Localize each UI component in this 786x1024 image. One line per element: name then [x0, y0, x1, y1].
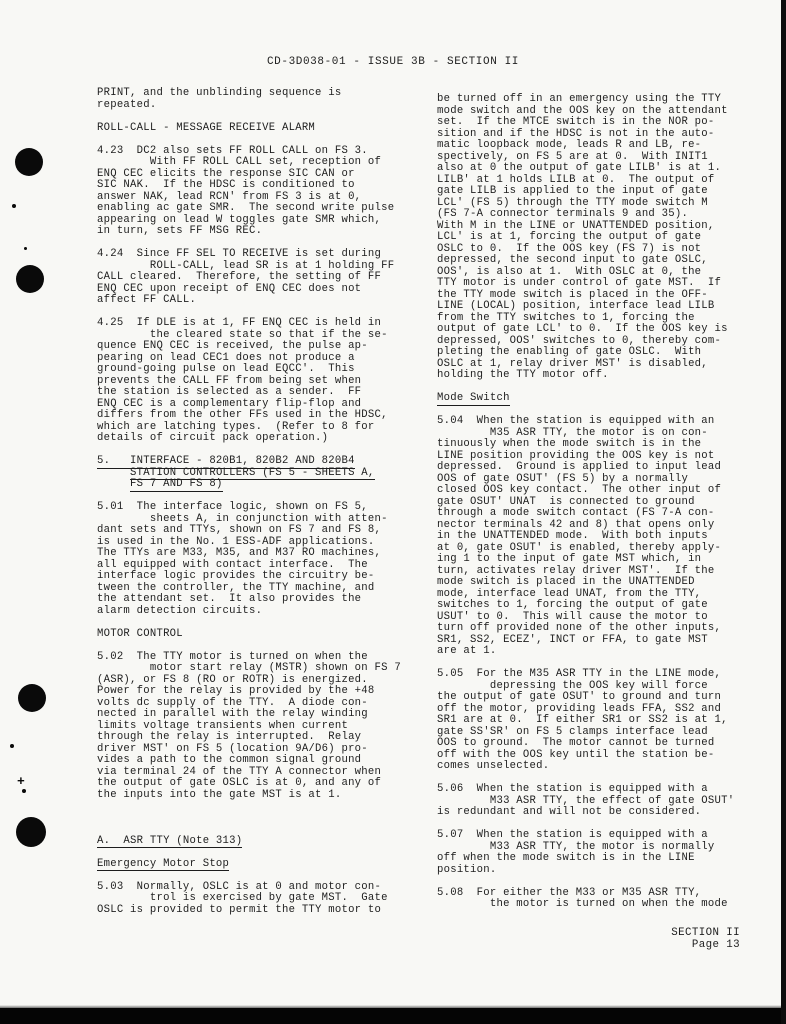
text-line: OSLC is provided to permit the TTY motor… [97, 905, 427, 917]
text-line: depressed. Ground is applied to input le… [437, 462, 767, 474]
text-line: quence ENQ CEC is received, the pulse ap… [97, 341, 427, 353]
punch-hole-mark [18, 684, 46, 712]
heading-line: FS 7 AND FS 8) [97, 479, 427, 491]
text-line: the output of gate OSUT' to ground and t… [437, 692, 767, 704]
text-line: (FS 7-A connector terminals 9 and 35). [437, 209, 767, 221]
text-line: differs from the other FFs used in the H… [97, 410, 427, 422]
text-line: mode switch is placed in the UNATTENDED [437, 577, 767, 589]
text-line: in turn, sets FF MSG REC. [97, 226, 427, 238]
text-line: Power for the relay is provided by the +… [97, 686, 427, 698]
text-line: interface logic provides the circuitry b… [97, 571, 427, 583]
scan-right-edge-bar [781, 0, 786, 1024]
text-line: position. [437, 865, 767, 877]
text-line [97, 134, 427, 146]
text-line: the output of gate OSLC is at 0, and any… [97, 778, 427, 790]
text-line: 4.24 Since FF SEL TO RECEIVE is set duri… [97, 249, 427, 261]
text-line: The TTYs are M33, M35, and M37 RO machin… [97, 548, 427, 560]
text-line: ing 1 to the input of gate MST which, in [437, 554, 767, 566]
text-line: 5.07 When the station is equipped with a [437, 830, 767, 842]
text-line: 4.25 If DLE is at 1, FF ENQ CEC is held … [97, 318, 427, 330]
punch-hole-mark [16, 265, 44, 293]
text-line: ground-going pulse on lead EQCC'. This [97, 364, 427, 376]
text-line: gate LILB is applied to the input of gat… [437, 186, 767, 198]
right-column: be turned off in an emergency using the … [437, 94, 767, 911]
text-line: PRINT, and the unblinding sequence is [97, 88, 427, 100]
text-line: holding the TTY motor off. [437, 370, 767, 382]
scan-bottom-bar [0, 1008, 786, 1024]
text-line: SIC NAK. If the HDSC is conditioned to [97, 180, 427, 192]
text-line: LCL' is at 1, forcing the output of gate [437, 232, 767, 244]
text-line: turn off provided none of the other inpu… [437, 623, 767, 635]
text-line: 5.01 The interface logic, shown on FS 5, [97, 502, 427, 514]
text-line [97, 617, 427, 629]
text-line: the inputs into the gate MST is at 1. [97, 790, 427, 802]
text-line [97, 801, 427, 813]
text-line: closed OOS key contact. The other input … [437, 485, 767, 497]
scan-speck [22, 789, 26, 793]
text-line [97, 111, 427, 123]
text-line: trol is exercised by gate MST. Gate [97, 893, 427, 905]
text-line: motor start relay (MSTR) shown on FS 7 [97, 663, 427, 675]
text-line [97, 824, 427, 836]
text-line: in the UNATTENDED mode. With both inputs [437, 531, 767, 543]
text-line: through a mode switch contact (FS 7-A co… [437, 508, 767, 520]
text-line: 5.04 When the station is equipped with a… [437, 416, 767, 428]
text-line: alarm detection circuits. [97, 606, 427, 618]
text-line: dant sets and TTYs, shown on FS 7 and FS… [97, 525, 427, 537]
page-footer: SECTION II Page 13 [671, 927, 740, 951]
text-line: LINE (LOCAL) position, interface lead LI… [437, 301, 767, 313]
text-line: nected in parallel with the relay windin… [97, 709, 427, 721]
text-line: the station is selected as a sender. FF [97, 387, 427, 399]
text-line: depressed, the second input to gate OSLC… [437, 255, 767, 267]
text-line: switches to 1, forcing the output of gat… [437, 600, 767, 612]
heading-line: Emergency Motor Stop [97, 859, 427, 871]
footer-page-number: Page 13 [671, 939, 740, 951]
text-line: CALL cleared. Therefore, the setting of … [97, 272, 427, 284]
text-line: output of gate LCL' to 0. If the OOS key… [437, 324, 767, 336]
text-line: be turned off in an emergency using the … [437, 94, 767, 106]
heading-line: 5. INTERFACE - 820B1, 820B2 AND 820B4 [97, 456, 427, 468]
document-page: CD-3D038-01 - ISSUE 3B - SECTION II PRIN… [0, 0, 786, 1024]
text-line: OOS to ground. The motor cannot be turne… [437, 738, 767, 750]
text-line: details of circuit pack operation.) [97, 433, 427, 445]
text-line: the attendant set. It also provides the [97, 594, 427, 606]
text-line: vides a path to the common signal ground [97, 755, 427, 767]
text-line: are at 1. [437, 646, 767, 658]
text-line: enabling ac gate SMR. The second write p… [97, 203, 427, 215]
text-line [97, 640, 427, 652]
text-line: is redundant and will not be considered. [437, 807, 767, 819]
punch-hole-mark [16, 817, 46, 847]
left-column: PRINT, and the unblinding sequence isrep… [97, 88, 427, 916]
text-line: 5.05 For the M35 ASR TTY in the LINE mod… [437, 669, 767, 681]
text-line: With FF ROLL CALL set, reception of [97, 157, 427, 169]
text-line: SR1 are at 0. If either SR1 or SS2 is at… [437, 715, 767, 727]
text-line: 5.06 When the station is equipped with a [437, 784, 767, 796]
text-line: tinuously when the mode switch is in the [437, 439, 767, 451]
text-line: pleting the enabling of gate OSLC. With [437, 347, 767, 359]
footer-section-label: SECTION II [671, 927, 740, 939]
margin-cross-mark: + [17, 774, 27, 790]
text-line [437, 876, 767, 888]
text-line: matic loopback mode, leads R and LB, re- [437, 140, 767, 152]
text-line: TTY motor is under control of gate MST. … [437, 278, 767, 290]
text-line: affect FF CALL. [97, 295, 427, 307]
scan-speck [10, 744, 14, 748]
text-line [97, 870, 427, 882]
page-header: CD-3D038-01 - ISSUE 3B - SECTION II [0, 56, 786, 68]
text-line [97, 813, 427, 825]
text-line: comes unselected. [437, 761, 767, 773]
punch-hole-mark [15, 148, 43, 176]
text-line: repeated. [97, 100, 427, 112]
text-line [97, 847, 427, 859]
text-line: also at 0 the output of gate LILB' is at… [437, 163, 767, 175]
heading-line: A. ASR TTY (Note 313) [97, 836, 427, 848]
text-line: the motor is turned on when the mode [437, 899, 767, 911]
text-line: through the relay is interrupted. Relay [97, 732, 427, 744]
text-line: set. If the MTCE switch is in the NOR po… [437, 117, 767, 129]
scan-speck [24, 247, 27, 250]
heading-line: Mode Switch [437, 393, 767, 405]
text-line: ROLL-CALL - MESSAGE RECEIVE ALARM [97, 123, 427, 135]
text-line: off when the mode switch is in the LINE [437, 853, 767, 865]
scan-speck [12, 204, 16, 208]
text-line: MOTOR CONTROL [97, 629, 427, 641]
